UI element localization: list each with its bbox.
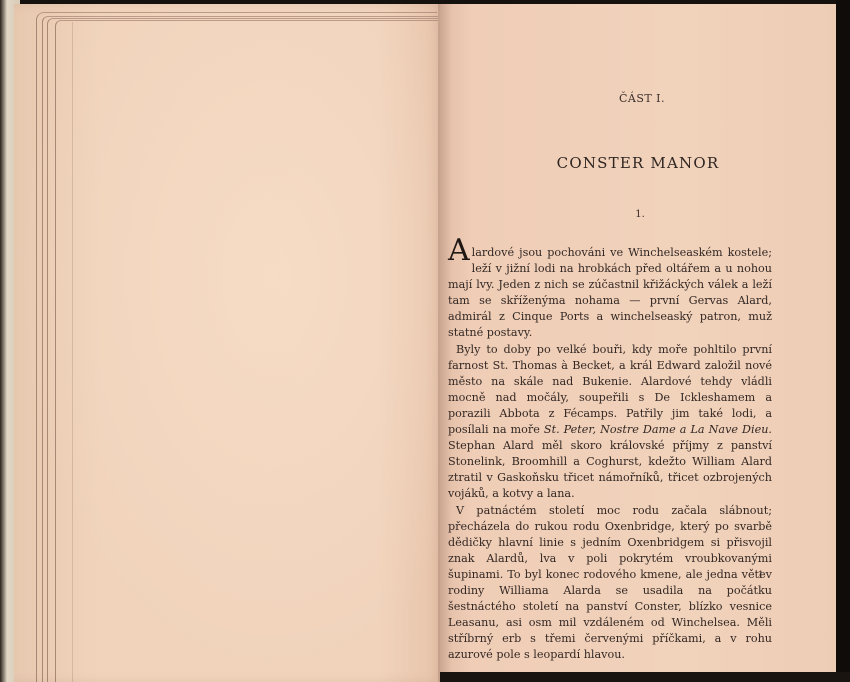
right-page: ČÁST I. CONSTER MANOR 1. Alardové jsou p… xyxy=(440,4,836,672)
ship-names-italic: St. Peter, Nostre Dame a La Nave Dieu. xyxy=(544,423,772,436)
left-page-blank xyxy=(14,4,442,682)
paragraph-text: lardové jsou pochováni ve Winchelseaském… xyxy=(448,246,772,339)
body-text: Alardové jsou pochováni ve Winchelseaské… xyxy=(448,245,772,663)
open-book-photo: ČÁST I. CONSTER MANOR 1. Alardové jsou p… xyxy=(0,0,850,682)
paragraph-1: Alardové jsou pochováni ve Winchelseaské… xyxy=(448,245,772,342)
book-cover-bottom-edge xyxy=(440,672,850,682)
paragraph-text: V patnáctém století moc rodu začala sláb… xyxy=(448,504,772,662)
page-number: 1 xyxy=(758,570,764,581)
paragraph-text: Stephan Alard měl skoro královské příjmy… xyxy=(448,439,772,500)
page-edge-line xyxy=(72,22,438,682)
book-gutter-shadow xyxy=(438,4,452,682)
section-number: 1. xyxy=(440,209,836,220)
paragraph-text: Byly to doby po velké bouři, kdy moře po… xyxy=(448,343,772,436)
paragraph-2: Byly to doby po velké bouři, kdy moře po… xyxy=(448,342,772,503)
book-cover-right-edge xyxy=(836,0,850,682)
chapter-title: CONSTER MANOR xyxy=(440,154,836,172)
part-label: ČÁST I. xyxy=(440,92,836,105)
paragraph-3: V patnáctém století moc rodu začala sláb… xyxy=(448,503,772,664)
